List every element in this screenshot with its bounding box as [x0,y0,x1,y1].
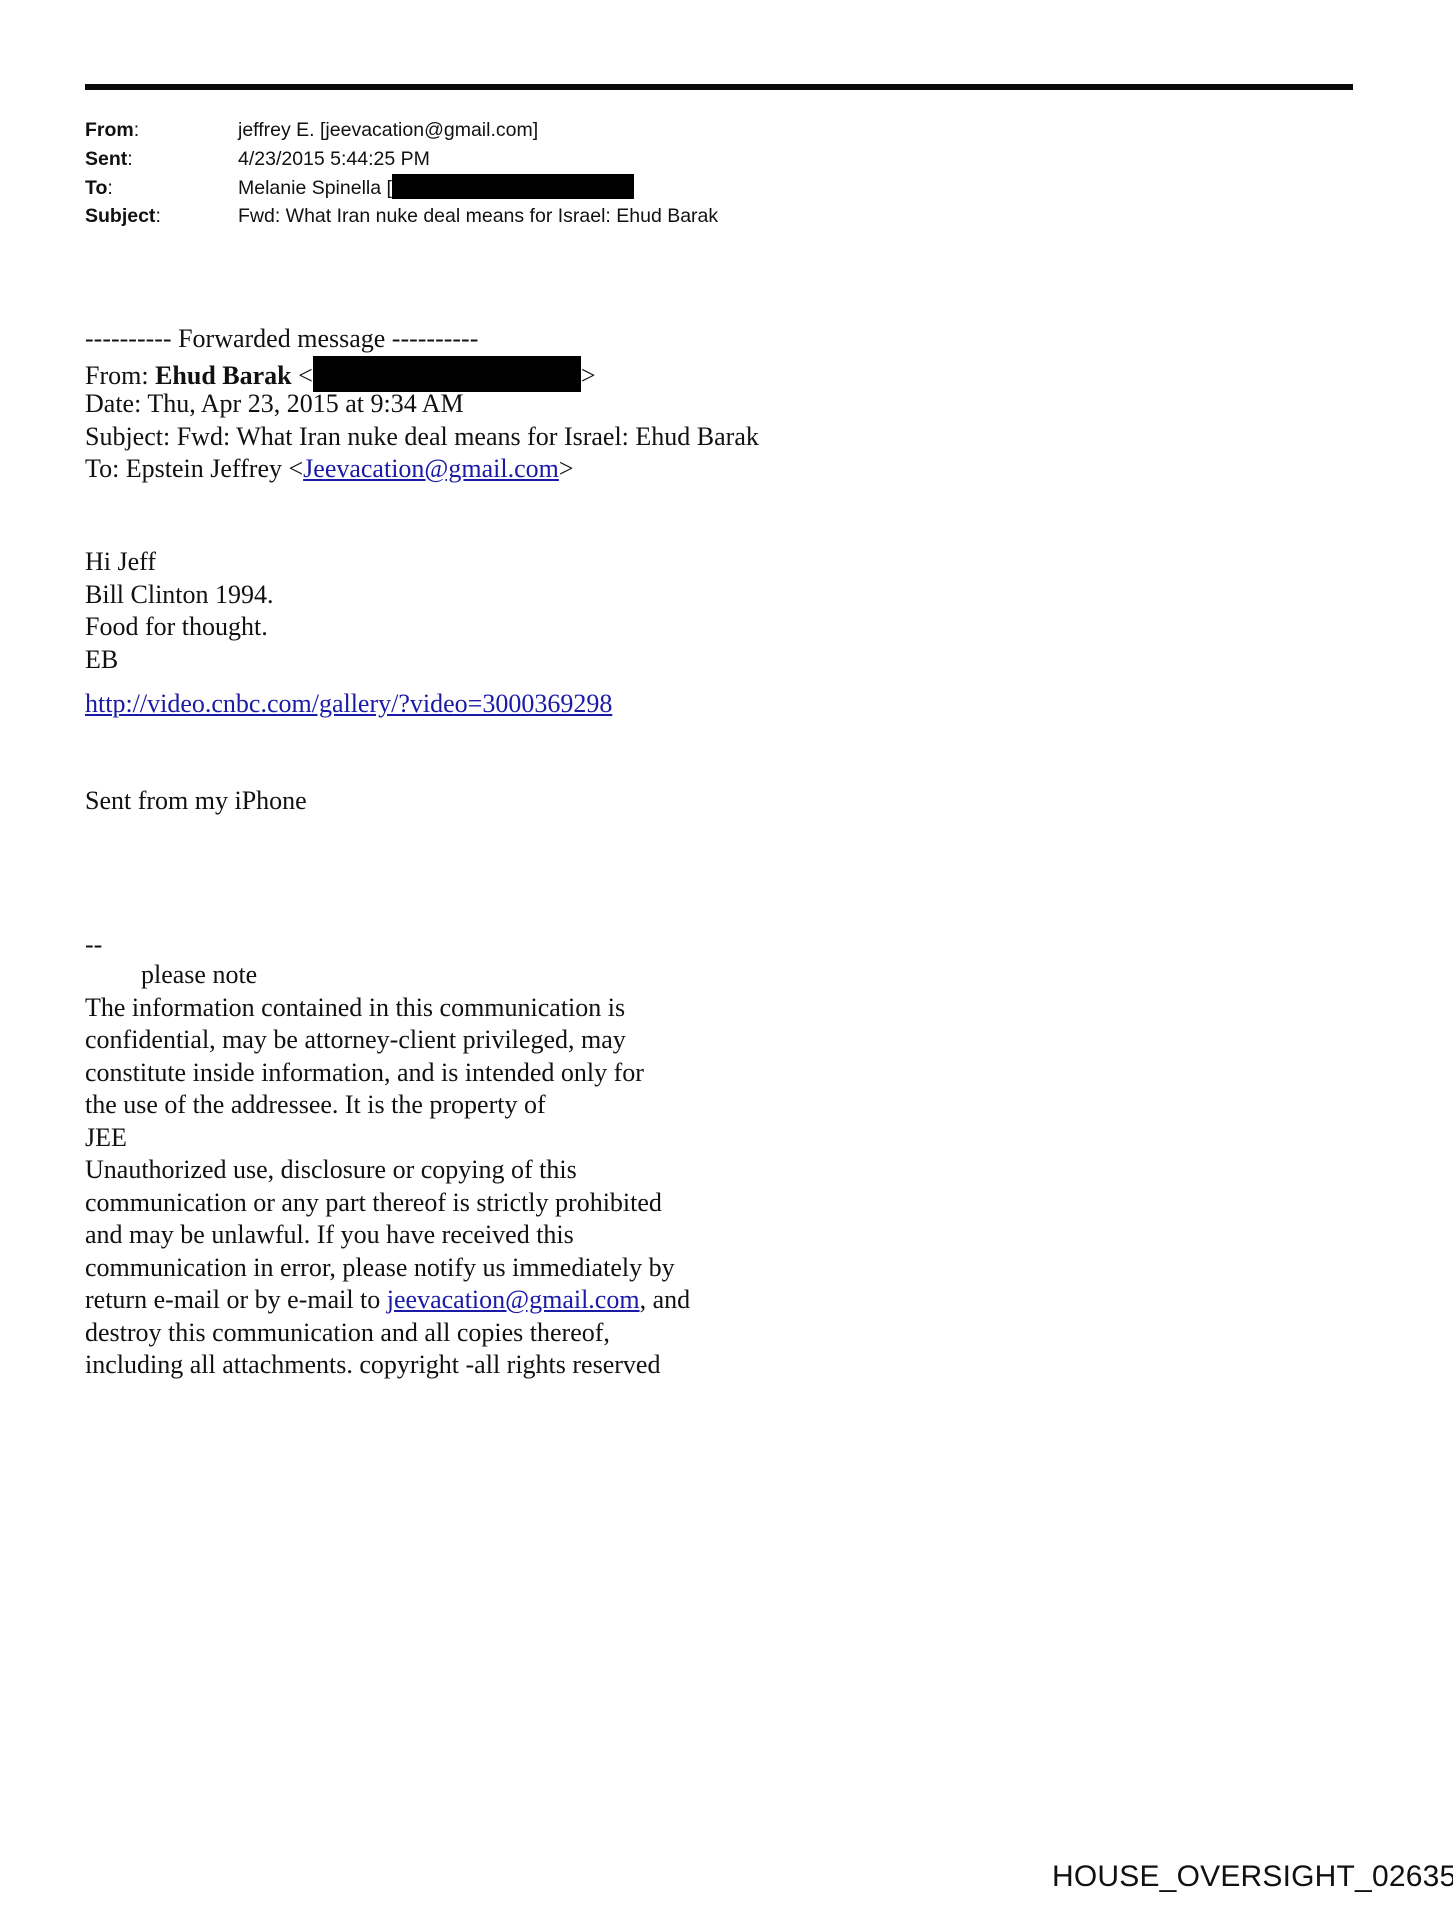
notice-line: The information contained in this commun… [85,992,690,1025]
notice-line: destroy this communication and all copie… [85,1317,690,1350]
sent-from-signature: Sent from my iPhone [85,785,307,818]
bates-number: HOUSE_OVERSIGHT_026355 [1052,1860,1453,1894]
header-to-row: To:Melanie Spinella [ [85,174,718,203]
subject-value: Fwd: What Iran nuke deal means for Israe… [238,202,718,231]
message-body: Hi Jeff Bill Clinton 1994. Food for thou… [85,546,274,676]
forwarded-to-email-link[interactable]: Jeevacation@gmail.com [303,454,559,483]
from-label: From: [85,116,238,145]
cnbc-video-link[interactable]: http://video.cnbc.com/gallery/?video=300… [85,689,612,718]
body-line: EB [85,644,274,677]
forwarded-to: To: Epstein Jeffrey <Jeevacation@gmail.c… [85,453,759,486]
forwarded-divider: ---------- Forwarded message ---------- [85,323,759,356]
body-line: Hi Jeff [85,546,274,579]
header-sent-row: Sent:4/23/2015 5:44:25 PM [85,145,718,174]
body-line: Bill Clinton 1994. [85,579,274,612]
notice-line: communication or any part thereof is str… [85,1187,690,1220]
notice-line: and may be unlawful. If you have receive… [85,1219,690,1252]
header-rule [85,84,1353,90]
email-header: From:jeffrey E. [jeevacation@gmail.com] … [85,116,718,231]
from-value: jeffrey E. [jeevacation@gmail.com] [238,116,538,145]
notice-line: the use of the addressee. It is the prop… [85,1089,690,1122]
signature-separator: -- [85,931,690,959]
notice-line: confidential, may be attorney-client pri… [85,1024,690,1057]
notice-line-email: return e-mail or by e-mail to jeevacatio… [85,1284,690,1317]
notice-line: constitute inside information, and is in… [85,1057,690,1090]
please-note-heading: please note [85,959,690,992]
body-line: Food for thought. [85,611,274,644]
to-label: To: [85,174,238,203]
forwarded-from: From: Ehud Barak <> [85,356,759,389]
notice-line: including all attachments. copyright -al… [85,1349,690,1382]
forwarded-from-name: Ehud Barak [155,361,292,390]
forwarded-message-header: ---------- Forwarded message ---------- … [85,323,759,486]
header-subject-row: Subject:Fwd: What Iran nuke deal means f… [85,202,718,231]
forwarded-date: Date: Thu, Apr 23, 2015 at 9:34 AM [85,388,759,421]
forwarded-subject: Subject: Fwd: What Iran nuke deal means … [85,421,759,454]
confidentiality-notice: -- please note The information contained… [85,931,690,1382]
redaction-block [392,174,634,199]
video-link-line: http://video.cnbc.com/gallery/?video=300… [85,688,612,721]
to-value: Melanie Spinella [ [238,174,392,203]
sent-value: 4/23/2015 5:44:25 PM [238,145,430,174]
subject-label: Subject: [85,202,238,231]
notice-email-link[interactable]: jeevacation@gmail.com [387,1285,640,1314]
header-from-row: From:jeffrey E. [jeevacation@gmail.com] [85,116,718,145]
notice-line: JEE [85,1122,690,1155]
redaction-block [313,356,581,392]
sent-label: Sent: [85,145,238,174]
notice-line: communication in error, please notify us… [85,1252,690,1285]
notice-line: Unauthorized use, disclosure or copying … [85,1154,690,1187]
